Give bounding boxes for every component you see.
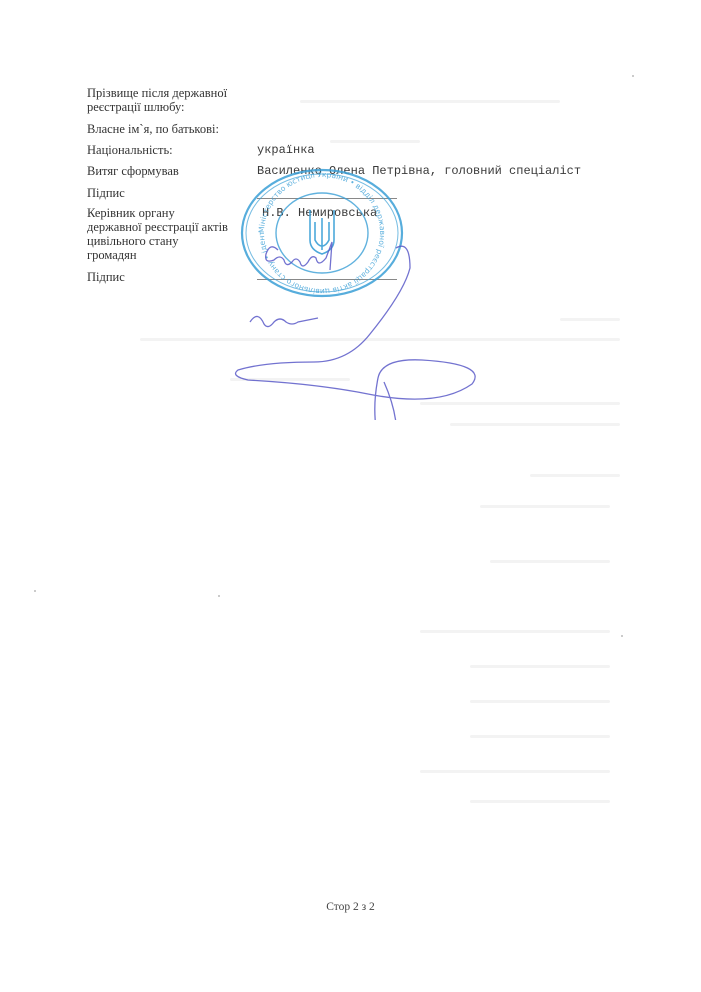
field-label-head-of-registry: Керівник органу державної реєстрації акт… bbox=[87, 206, 228, 262]
show-through-line bbox=[480, 505, 610, 508]
show-through-line bbox=[560, 318, 620, 321]
show-through-line bbox=[490, 560, 610, 563]
show-through-line bbox=[300, 100, 560, 103]
show-through-line bbox=[470, 665, 610, 668]
show-through-line bbox=[530, 474, 620, 477]
show-through-line bbox=[450, 423, 620, 426]
show-through-line bbox=[470, 700, 610, 703]
scan-speck bbox=[632, 75, 634, 77]
show-through-line bbox=[420, 770, 610, 773]
field-label-nationality: Національність: bbox=[87, 143, 173, 157]
field-label-signature-2: Підпис bbox=[87, 270, 125, 284]
show-through-line bbox=[420, 630, 610, 633]
page-number: Стор 2 з 2 bbox=[0, 901, 701, 913]
signature-scribble-icon bbox=[228, 180, 498, 420]
field-label-signature-1: Підпис bbox=[87, 186, 125, 200]
scan-speck bbox=[621, 635, 623, 637]
field-value-nationality: українка bbox=[257, 143, 315, 157]
field-label-compiled-by: Витяг сформував bbox=[87, 164, 179, 178]
document-page: Прізвище після державної реєстрації шлюб… bbox=[0, 0, 701, 992]
field-label-first-patronymic: Власне ім`я, по батькові: bbox=[87, 122, 219, 136]
scan-speck bbox=[218, 595, 220, 597]
show-through-line bbox=[470, 800, 610, 803]
show-through-line bbox=[470, 735, 610, 738]
scan-speck bbox=[34, 590, 36, 592]
show-through-line bbox=[330, 140, 420, 143]
field-label-surname-after-marriage: Прізвище після державної реєстрації шлюб… bbox=[87, 86, 227, 114]
